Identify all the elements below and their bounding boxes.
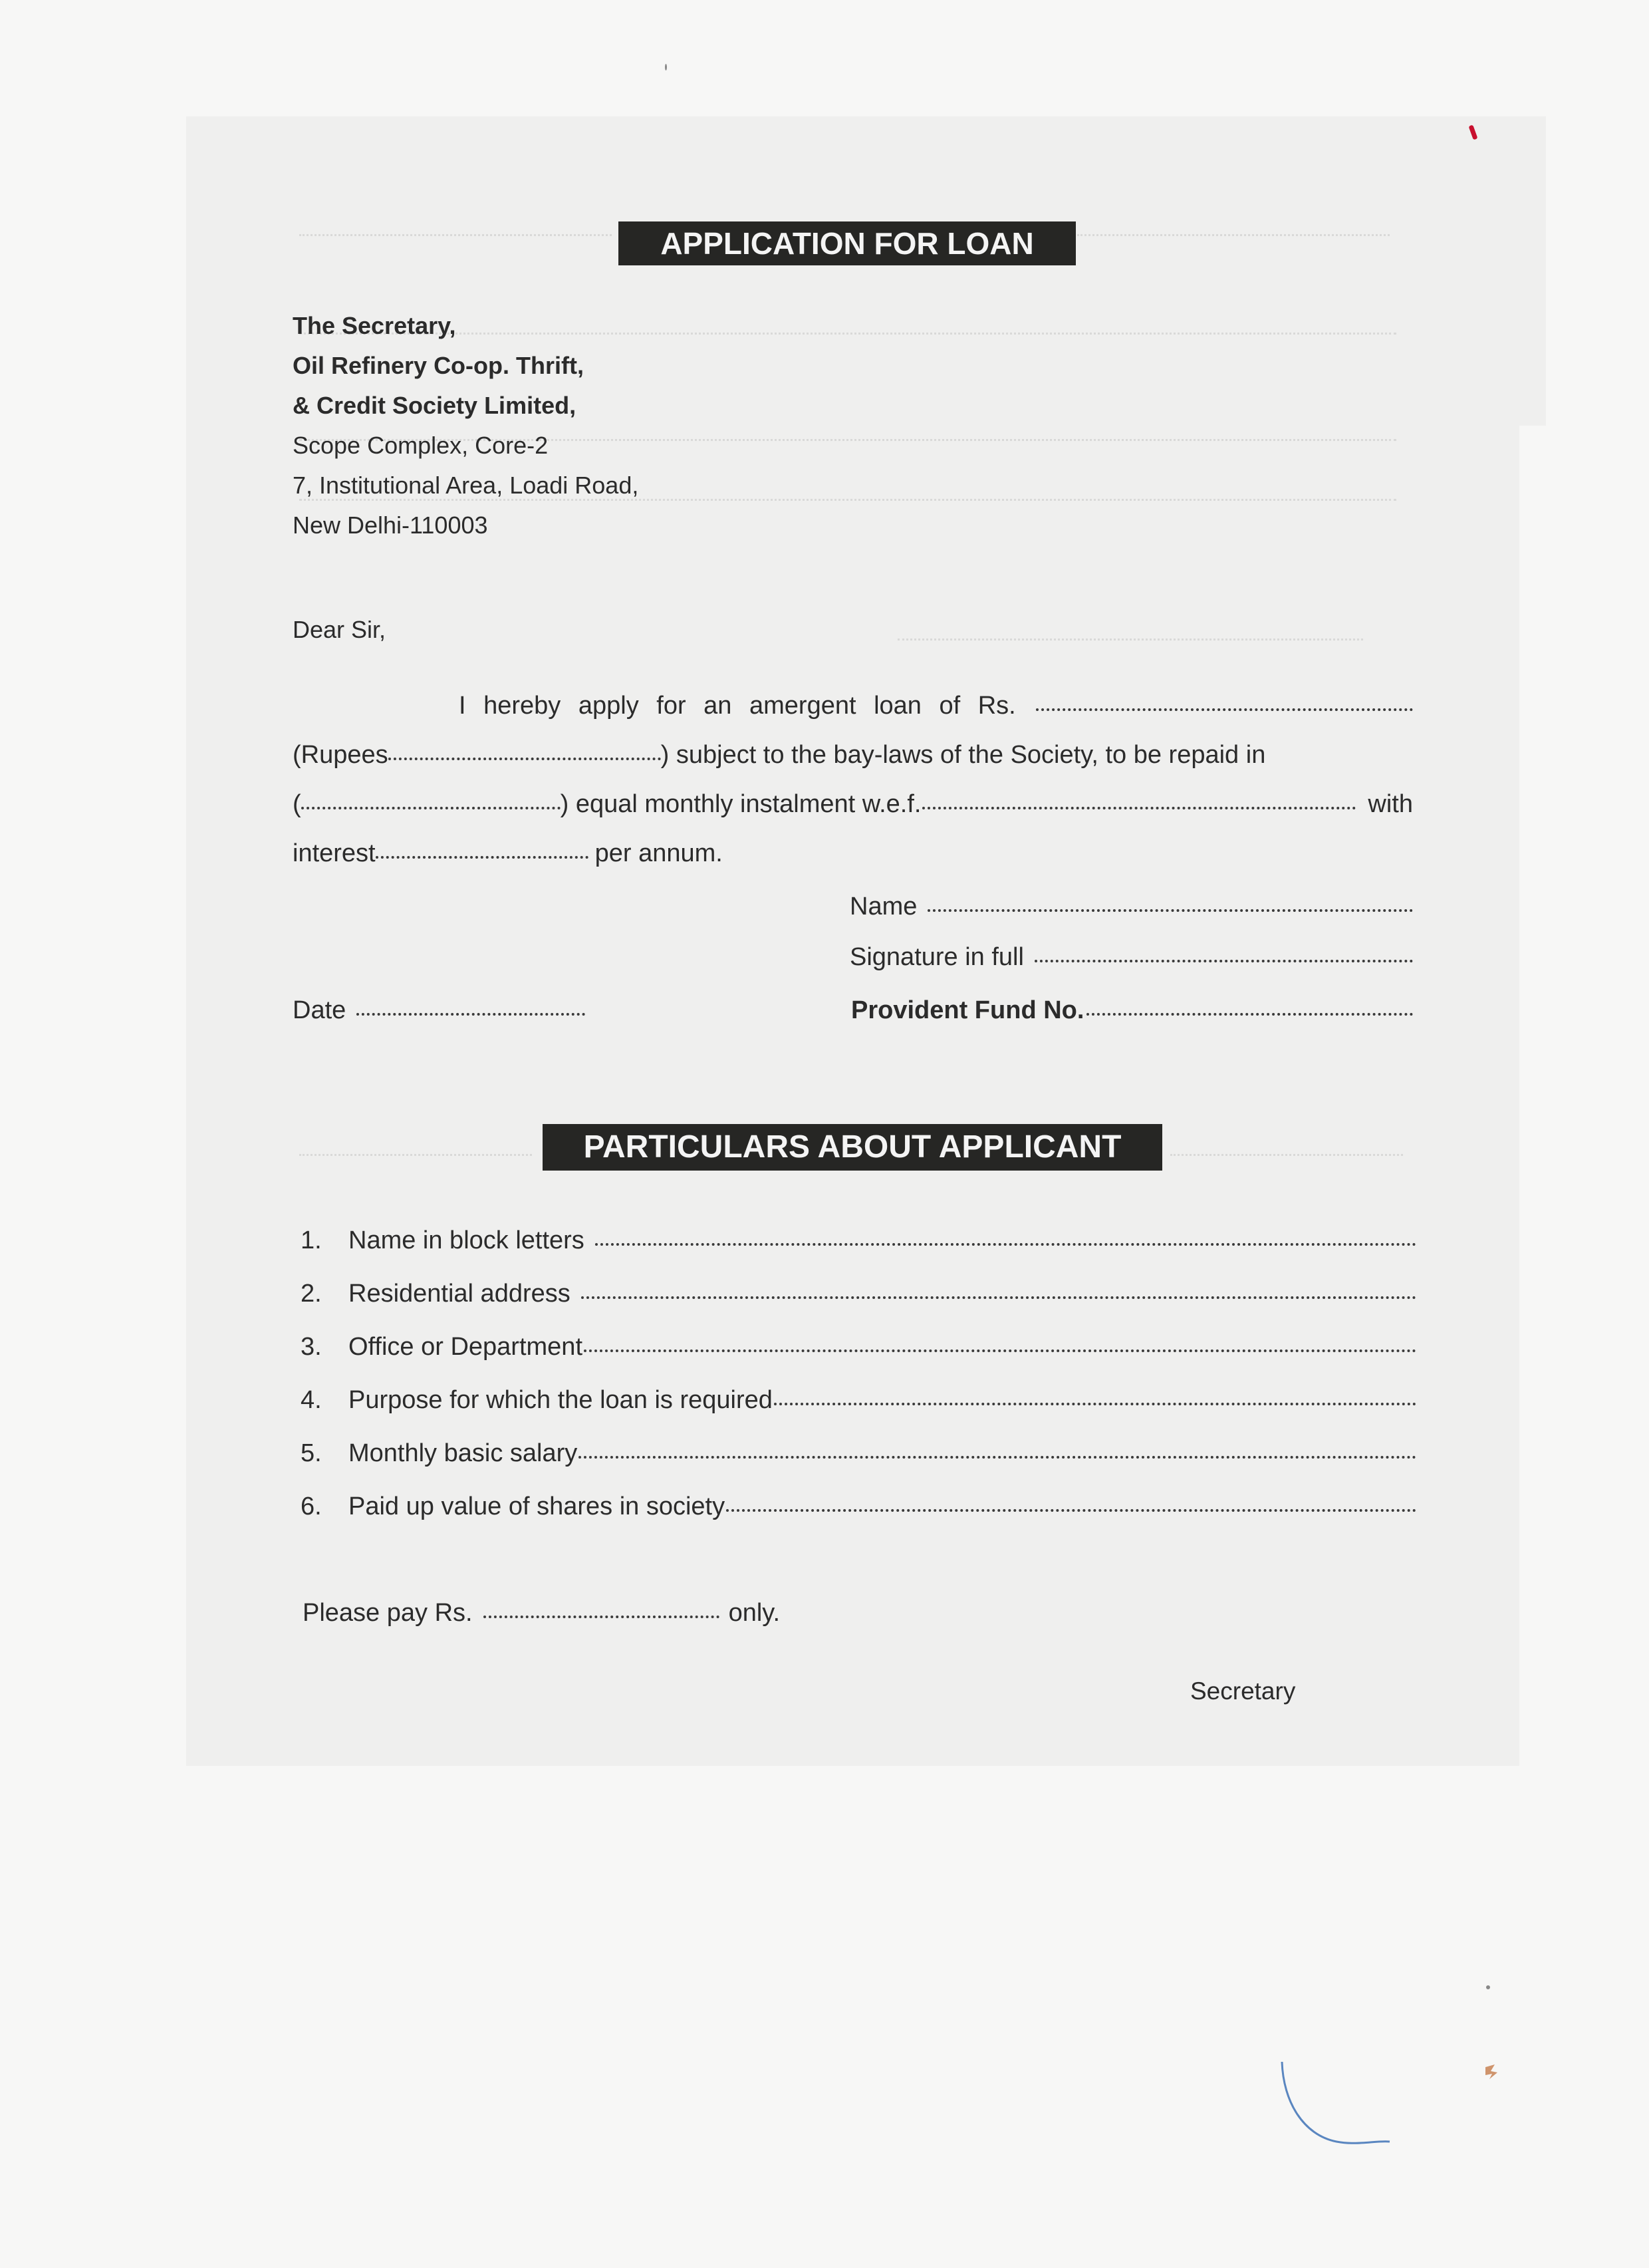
loan-purpose-field[interactable] [774, 1403, 1416, 1405]
salutation: Dear Sir, [293, 615, 386, 644]
per-annum-text: per annum. [595, 838, 723, 869]
addressee-line: The Secretary, [293, 311, 455, 341]
amount-in-words-field[interactable] [388, 758, 661, 760]
particulars-title: PARTICULARS ABOUT APPLICANT [584, 1129, 1122, 1165]
item-label: Monthly basic salary [348, 1438, 577, 1469]
showthrough-line [299, 234, 612, 236]
item-number: 6. [301, 1491, 348, 1522]
showthrough-line [1170, 1154, 1403, 1156]
wef-date-field[interactable] [922, 807, 1356, 809]
signature-row: Signature in full [850, 942, 1413, 972]
printed-area-edge [1519, 116, 1546, 426]
loan-amount-field[interactable] [1036, 708, 1413, 711]
list-item: 6. Paid up value of shares in society [301, 1491, 1416, 1522]
with-text: with [1368, 789, 1413, 819]
date-row: Date [293, 995, 585, 1026]
ink-blot-icon [1481, 2062, 1501, 2086]
loan-request-text: I hereby apply for an amergent loan of R… [459, 690, 1016, 721]
applicant-name-field[interactable] [928, 909, 1413, 912]
date-label: Date [293, 995, 346, 1026]
name-block-letters-field[interactable] [595, 1243, 1416, 1246]
item-label: Paid up value of shares in society [348, 1491, 725, 1522]
letter-line-4: interest per annum. [293, 838, 723, 869]
instalments-open-paren: ( [293, 789, 301, 819]
item-label: Office or Department [348, 1332, 582, 1362]
letter-line-1: I hereby apply for an amergent loan of R… [459, 690, 1413, 721]
item-label: Residential address [348, 1278, 571, 1309]
bylaws-text: ) subject to the bay-laws of the Society… [661, 740, 1266, 770]
showthrough-line [898, 638, 1363, 640]
item-number: 2. [301, 1278, 348, 1309]
scan-speck [665, 64, 667, 71]
list-item: 4. Purpose for which the loan is require… [301, 1385, 1416, 1415]
addressee-line: Oil Refinery Co-op. Thrift, [293, 351, 584, 380]
date-field[interactable] [356, 1013, 585, 1016]
only-text: only. [729, 1598, 780, 1628]
list-item: 2. Residential address [301, 1278, 1416, 1309]
form-title-banner: APPLICATION FOR LOAN [618, 221, 1076, 265]
interest-label: interest [293, 838, 376, 869]
item-label: Name in block letters [348, 1225, 584, 1256]
addressee-line: New Delhi-110003 [293, 511, 488, 540]
office-department-field[interactable] [584, 1349, 1416, 1352]
addressee-line: Scope Complex, Core-2 [293, 431, 548, 460]
residential-address-field[interactable] [581, 1296, 1416, 1299]
item-number: 5. [301, 1438, 348, 1469]
list-item: 5. Monthly basic salary [301, 1438, 1416, 1469]
shares-value-field[interactable] [726, 1509, 1416, 1512]
secretary-signatory: Secretary [1190, 1676, 1295, 1707]
list-item: 3. Office or Department [301, 1332, 1416, 1362]
form-title: APPLICATION FOR LOAN [660, 226, 1033, 261]
applicant-name-row: Name [850, 891, 1413, 922]
item-label: Purpose for which the loan is required [348, 1385, 773, 1415]
provident-fund-label: Provident Fund No. [851, 995, 1084, 1026]
list-item: 1. Name in block letters [301, 1225, 1416, 1256]
letter-line-2: (Rupees ) subject to the bay-laws of the… [293, 740, 1413, 770]
showthrough-line [1077, 234, 1390, 236]
addressee-line: & Credit Society Limited, [293, 391, 576, 420]
letter-line-3: ( ) equal monthly instalment w.e.f. with [293, 789, 1413, 819]
particulars-banner: PARTICULARS ABOUT APPLICANT [543, 1124, 1162, 1171]
interest-rate-field[interactable] [376, 856, 588, 859]
please-pay-label: Please pay Rs. [303, 1598, 473, 1628]
pen-mark-icon [1277, 2055, 1396, 2162]
item-number: 1. [301, 1225, 348, 1256]
showthrough-line [299, 333, 1396, 335]
monthly-salary-field[interactable] [578, 1456, 1416, 1459]
name-label: Name [850, 891, 917, 922]
addressee-line: 7, Institutional Area, Loadi Road, [293, 471, 638, 500]
payment-order-row: Please pay Rs. only. [303, 1598, 780, 1628]
scan-speck [1486, 1985, 1490, 1989]
signature-field[interactable] [1035, 960, 1413, 962]
instalment-text: ) equal monthly instalment w.e.f. [561, 789, 922, 819]
provident-fund-field[interactable] [1086, 1013, 1413, 1016]
item-number: 4. [301, 1385, 348, 1415]
showthrough-line [299, 1154, 532, 1156]
pay-amount-field[interactable] [483, 1616, 719, 1618]
signature-label: Signature in full [850, 942, 1024, 972]
provident-fund-row: Provident Fund No. [851, 995, 1413, 1026]
rupees-prefix: (Rupees [293, 740, 388, 770]
item-number: 3. [301, 1332, 348, 1362]
instalments-count-field[interactable] [301, 807, 561, 809]
